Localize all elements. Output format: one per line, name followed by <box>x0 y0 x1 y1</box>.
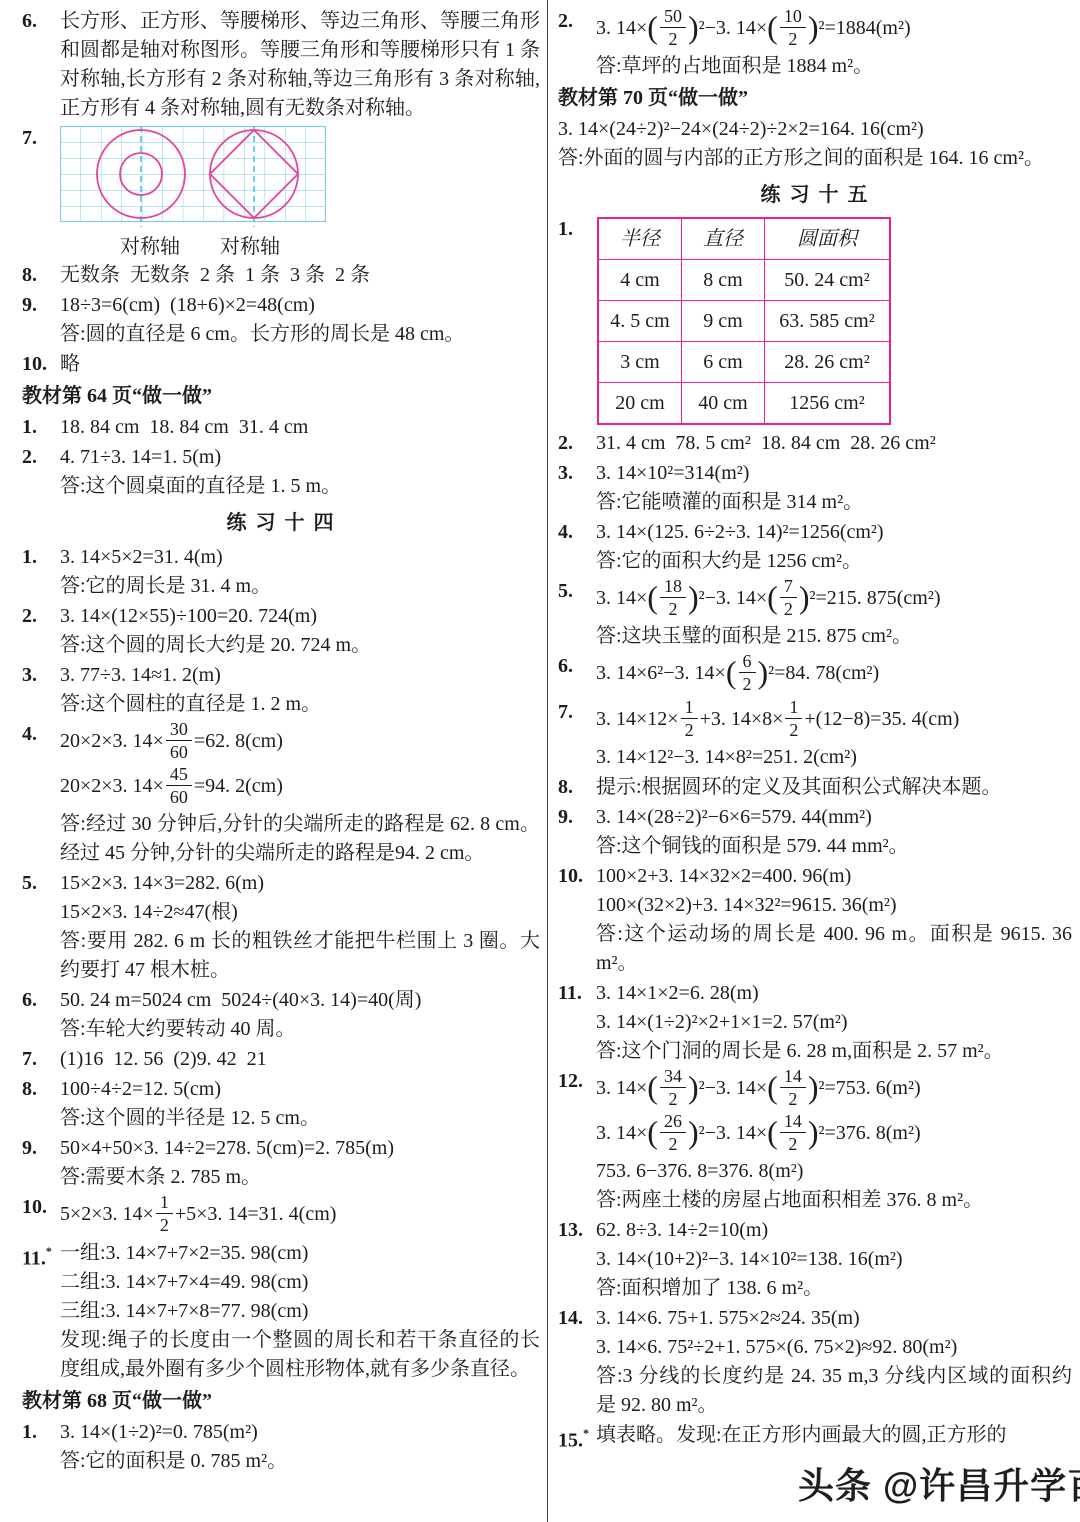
text-line: 20×2×3. 14×4560=94. 2(cm) <box>60 765 540 810</box>
text-line: 3. 14×(28÷2)²−6×6=579. 44(mm²) <box>596 803 1072 832</box>
text-line: 填表略。发现:在正方形内画最大的圆,正方形的 <box>596 1421 1072 1450</box>
item-number: 5. <box>22 869 60 985</box>
subsection-heading: 教材第 70 页“做一做” <box>558 83 1072 113</box>
item-number: 6. <box>558 652 596 697</box>
item-content: 长方形、正方形、等腰梯形、等边三角形、等腰三角形和圆都是轴对称图形。等腰三角形和… <box>60 7 540 123</box>
table-header-cell: 圆面积 <box>765 219 890 260</box>
table-cell: 1256 cm² <box>765 383 890 424</box>
table-cell: 4. 5 cm <box>599 301 682 342</box>
item-content: 对称轴 对称轴 <box>60 124 540 260</box>
text-line: (1)16 12. 56 (2)9. 42 21 <box>60 1045 540 1074</box>
item-content: 一组:3. 14×7+7×2=35. 98(cm)二组:3. 14×7+7×4=… <box>60 1239 540 1384</box>
table-row: 3 cm6 cm28. 26 cm² <box>599 342 890 383</box>
item-number: 10. <box>558 862 596 978</box>
big-paren: ( <box>767 579 778 615</box>
grid-circles-figure <box>60 126 326 228</box>
subsection-heading: 教材第 68 页“做一做” <box>22 1386 540 1416</box>
item-content: 3. 14×6²−3. 14×(62)²=84. 78(cm²) <box>596 652 1072 697</box>
text-line: 3. 14×(12×55)÷100=20. 724(m) <box>60 602 540 631</box>
big-paren: ) <box>758 654 769 690</box>
answer-item: 13.62. 8÷3. 14÷2=10(m)3. 14×(10+2)²−3. 1… <box>558 1216 1072 1303</box>
fraction: 12 <box>785 696 802 741</box>
answer-item: 5.3. 14×(182)²−3. 14×(72)²=215. 875(cm²)… <box>558 577 1072 651</box>
item-number: 7. <box>558 698 596 772</box>
grid-background <box>61 127 326 222</box>
item-content: 无数条 无数条 2 条 1 条 3 条 2 条 <box>60 261 540 290</box>
star-marker: * <box>583 1426 589 1440</box>
answer-item: 4.20×2×3. 14×3060=62. 8(cm)20×2×3. 14×45… <box>22 720 540 868</box>
answer-item: 4.3. 14×(125. 6÷2÷3. 14)²=1256(cm²)答:它的面… <box>558 518 1072 576</box>
item-number: 9. <box>22 291 60 349</box>
circle-area-table: 半径直径圆面积4 cm8 cm50. 24 cm²4. 5 cm9 cm63. … <box>598 218 890 424</box>
table-row: 4. 5 cm9 cm63. 585 cm² <box>599 301 890 342</box>
table-row: 20 cm40 cm1256 cm² <box>599 383 890 424</box>
answer-item: 1.3. 14×(1÷2)²=0. 785(m²)答:它的面积是 0. 785 … <box>22 1418 540 1476</box>
text-line: 3. 14×1×2=6. 28(m) <box>596 979 1072 1008</box>
answer-item: 10.略 <box>22 350 540 379</box>
item-content: 3. 14×(342)²−3. 14×(142)²=753. 6(m²)3. 1… <box>596 1067 1072 1215</box>
table-cell: 8 cm <box>682 260 765 301</box>
text-line: 答:它的面积大约是 1256 cm²。 <box>596 547 1072 576</box>
item-content: 20×2×3. 14×3060=62. 8(cm)20×2×3. 14×4560… <box>60 720 540 868</box>
item-number: 7. <box>22 1045 60 1074</box>
item-content: 50×4+50×3. 14÷2=278. 5(cm)=2. 785(m)答:需要… <box>60 1134 540 1192</box>
answer-item: 10.100×2+3. 14×32×2=400. 96(m)100×(32×2)… <box>558 862 1072 978</box>
text-line: 3. 14×(1÷2)²=0. 785(m²) <box>60 1418 540 1447</box>
text-line: 31. 4 cm 78. 5 cm² 18. 84 cm 28. 26 cm² <box>596 429 1072 458</box>
left-column: 6.长方形、正方形、等腰梯形、等边三角形、等腰三角形和圆都是轴对称图形。等腰三角… <box>22 6 540 1477</box>
text-line: 答:它能喷灌的面积是 314 m²。 <box>596 488 1072 517</box>
item-content: 31. 4 cm 78. 5 cm² 18. 84 cm 28. 26 cm² <box>596 429 1072 458</box>
text-line: 三组:3. 14×7+7×8=77. 98(cm) <box>60 1297 540 1326</box>
big-paren: ( <box>647 1114 658 1150</box>
text-line: 3. 14×(1÷2)²×2+1×1=2. 57(m²) <box>596 1008 1072 1037</box>
fraction: 102 <box>780 5 806 50</box>
item-number: 2. <box>22 443 60 501</box>
fraction: 3060 <box>166 718 192 763</box>
big-paren: ( <box>767 1069 778 1105</box>
item-content: 3. 14×(24÷2)²−24×(24÷2)÷2×2=164. 16(cm²)… <box>558 115 1072 173</box>
answer-item: 2.3. 14×(502)²−3. 14×(102)²=1884(m²)答:草坪… <box>558 7 1072 81</box>
fraction: 182 <box>660 575 686 620</box>
table-cell: 63. 585 cm² <box>765 301 890 342</box>
big-paren: ( <box>647 1069 658 1105</box>
text-line: 答:车轮大约要转动 40 周。 <box>60 1015 540 1044</box>
item-number: 14. <box>558 1304 596 1420</box>
text-line: 3. 14×(502)²−3. 14×(102)²=1884(m²) <box>596 7 1072 52</box>
text-line: 3. 14×10²=314(m²) <box>596 459 1072 488</box>
axis-label-left: 对称轴 <box>120 234 180 260</box>
big-paren: ) <box>799 579 810 615</box>
figure-labels: 对称轴 对称轴 <box>60 234 540 260</box>
right-column: 2.3. 14×(502)²−3. 14×(102)²=1884(m²)答:草坪… <box>558 6 1072 1457</box>
big-paren: ( <box>767 9 778 45</box>
answer-item: 6.长方形、正方形、等腰梯形、等边三角形、等腰三角形和圆都是轴对称图形。等腰三角… <box>22 7 540 123</box>
table-row: 4 cm8 cm50. 24 cm² <box>599 260 890 301</box>
fraction: 142 <box>780 1110 806 1155</box>
answer-item: 12.3. 14×(342)²−3. 14×(142)²=753. 6(m²)3… <box>558 1067 1072 1215</box>
text-line: 答:这个圆的半径是 12. 5 cm。 <box>60 1104 540 1133</box>
item-number: 1. <box>22 543 60 601</box>
answer-item: 8.无数条 无数条 2 条 1 条 3 条 2 条 <box>22 261 540 290</box>
table-cell: 6 cm <box>682 342 765 383</box>
text-line: 3. 14×6. 75+1. 575×2≈24. 35(m) <box>596 1304 1072 1333</box>
text-line: 答:外面的圆与内部的正方形之间的面积是 164. 16 cm²。 <box>558 144 1072 173</box>
watermark: 头条 @许昌升学百科 <box>798 1458 1080 1509</box>
text-line: 3. 14×(24÷2)²−24×(24÷2)÷2×2=164. 16(cm²) <box>558 115 1072 144</box>
item-number: 6. <box>22 986 60 1044</box>
text-line: 答:这个圆的周长大约是 20. 724 m。 <box>60 631 540 660</box>
item-content: 3. 14×5×2=31. 4(m)答:它的周长是 31. 4 m。 <box>60 543 540 601</box>
answer-item: 11.*一组:3. 14×7+7×2=35. 98(cm)二组:3. 14×7+… <box>22 1239 540 1384</box>
table-cell: 40 cm <box>682 383 765 424</box>
item-number: 3. <box>22 661 60 719</box>
text-line: 3. 14×12²−3. 14×8²=251. 2(cm²) <box>596 743 1072 772</box>
subsection-heading: 教材第 64 页“做一做” <box>22 381 540 411</box>
answer-item: 2.3. 14×(12×55)÷100=20. 724(m)答:这个圆的周长大约… <box>22 602 540 660</box>
text-line: 50×4+50×3. 14÷2=278. 5(cm)=2. 785(m) <box>60 1134 540 1163</box>
text-line: 3. 14×(182)²−3. 14×(72)²=215. 875(cm²) <box>596 577 1072 622</box>
item-content: 15×2×3. 14×3=282. 6(m)15×2×3. 14÷2≈47(根)… <box>60 869 540 985</box>
text-line: 答:面积增加了 138. 6 m²。 <box>596 1274 1072 1303</box>
item-content: 62. 8÷3. 14÷2=10(m)3. 14×(10+2)²−3. 14×1… <box>596 1216 1072 1303</box>
item-content: 3. 14×(182)²−3. 14×(72)²=215. 875(cm²)答:… <box>596 577 1072 651</box>
item-content: 3. 14×12×12+3. 14×8×12+(12−8)=35. 4(cm)3… <box>596 698 1072 772</box>
big-paren: ) <box>808 1114 819 1150</box>
item-content: 3. 14×(28÷2)²−6×6=579. 44(mm²)答:这个铜钱的面积是… <box>596 803 1072 861</box>
item-number: 9. <box>558 803 596 861</box>
fraction: 142 <box>780 1065 806 1110</box>
text-line: 提示:根据圆环的定义及其面积公式解决本题。 <box>596 773 1072 802</box>
item-content: 3. 14×10²=314(m²)答:它能喷灌的面积是 314 m²。 <box>596 459 1072 517</box>
text-line: 18. 84 cm 18. 84 cm 31. 4 cm <box>60 413 540 442</box>
big-paren: ( <box>726 654 737 690</box>
fraction: 262 <box>660 1110 686 1155</box>
big-paren: ) <box>688 1069 699 1105</box>
item-content: 18÷3=6(cm) (18+6)×2=48(cm)答:圆的直径是 6 cm。长… <box>60 291 540 349</box>
item-number: 5. <box>558 577 596 651</box>
item-content: 提示:根据圆环的定义及其面积公式解决本题。 <box>596 773 1072 802</box>
text-line: 3. 14×12×12+3. 14×8×12+(12−8)=35. 4(cm) <box>596 698 1072 743</box>
text-line: 100×2+3. 14×32×2=400. 96(m) <box>596 862 1072 891</box>
item-content: 100×2+3. 14×32×2=400. 96(m)100×(32×2)+3.… <box>596 862 1072 978</box>
fraction: 62 <box>739 650 756 695</box>
item-number: 12. <box>558 1067 596 1215</box>
answer-item: 11.3. 14×1×2=6. 28(m)3. 14×(1÷2)²×2+1×1=… <box>558 979 1072 1066</box>
answer-item: 6.50. 24 m=5024 cm 5024÷(40×3. 14)=40(周)… <box>22 986 540 1044</box>
big-paren: ) <box>808 9 819 45</box>
item-content: 4. 71÷3. 14=1. 5(m)答:这个圆桌面的直径是 1. 5 m。 <box>60 443 540 501</box>
answer-item: 2.31. 4 cm 78. 5 cm² 18. 84 cm 28. 26 cm… <box>558 429 1072 458</box>
text-line: 答:这个铜钱的面积是 579. 44 mm²。 <box>596 832 1072 861</box>
answer-item: 9.50×4+50×3. 14÷2=278. 5(cm)=2. 785(m)答:… <box>22 1134 540 1192</box>
text-line: 62. 8÷3. 14÷2=10(m) <box>596 1216 1072 1245</box>
answer-item: 7.3. 14×12×12+3. 14×8×12+(12−8)=35. 4(cm… <box>558 698 1072 772</box>
answer-item: 14.3. 14×6. 75+1. 575×2≈24. 35(m)3. 14×6… <box>558 1304 1072 1420</box>
fraction: 4560 <box>166 763 192 808</box>
item-content: 18. 84 cm 18. 84 cm 31. 4 cm <box>60 413 540 442</box>
table-cell: 50. 24 cm² <box>765 260 890 301</box>
item-content: 填表略。发现:在正方形内画最大的圆,正方形的 <box>596 1421 1072 1456</box>
item-number: 8. <box>22 1075 60 1133</box>
text-line: 15×2×3. 14÷2≈47(根) <box>60 898 540 927</box>
table-header-cell: 半径 <box>599 219 682 260</box>
text-line: 5×2×3. 14×12+5×3. 14=31. 4(cm) <box>60 1193 540 1238</box>
text-line: 答:它的周长是 31. 4 m。 <box>60 572 540 601</box>
item-number: 4. <box>558 518 596 576</box>
table-cell: 3 cm <box>599 342 682 383</box>
fraction: 502 <box>660 5 686 50</box>
symmetry-figure: 对称轴 对称轴 <box>60 124 540 260</box>
item-content: 3. 14×(12×55)÷100=20. 724(m)答:这个圆的周长大约是 … <box>60 602 540 660</box>
text-line: 753. 6−376. 8=376. 8(m²) <box>596 1157 1072 1186</box>
text-line: 发现:绳子的长度由一个整圆的周长和若干条直径的长度组成,最外圈有多少个圆柱形物体… <box>60 1326 540 1384</box>
text-line: 答:这个圆桌面的直径是 1. 5 m。 <box>60 472 540 501</box>
big-paren: ( <box>647 579 658 615</box>
item-number: 4. <box>22 720 60 868</box>
item-content: 略 <box>60 350 540 379</box>
text-line: 3. 77÷3. 14≈1. 2(m) <box>60 661 540 690</box>
table-header-cell: 直径 <box>682 219 765 260</box>
text-line: 答:这块玉璧的面积是 215. 875 cm²。 <box>596 622 1072 651</box>
text-line: 略 <box>60 350 540 379</box>
text-line: 20×2×3. 14×3060=62. 8(cm) <box>60 720 540 765</box>
text-line: 答:需要木条 2. 785 m。 <box>60 1163 540 1192</box>
text-line: 100×(32×2)+3. 14×32²=9615. 36(m²) <box>596 891 1072 920</box>
text-line: 无数条 无数条 2 条 1 条 3 条 2 条 <box>60 261 540 290</box>
answer-paragraph: 3. 14×(24÷2)²−24×(24÷2)÷2×2=164. 16(cm²)… <box>558 115 1072 173</box>
text-line: 3. 14×(125. 6÷2÷3. 14)²=1256(cm²) <box>596 518 1072 547</box>
item-number: 13. <box>558 1216 596 1303</box>
fraction: 342 <box>660 1065 686 1110</box>
item-number: 10. <box>22 350 60 379</box>
item-number: 3. <box>558 459 596 517</box>
item-content: 100÷4÷2=12. 5(cm)答:这个圆的半径是 12. 5 cm。 <box>60 1075 540 1133</box>
item-number: 8. <box>558 773 596 802</box>
text-line: 3. 14×6²−3. 14×(62)²=84. 78(cm²) <box>596 652 1072 697</box>
text-line: 答:圆的直径是 6 cm。长方形的周长是 48 cm。 <box>60 320 540 349</box>
item-content: 5×2×3. 14×12+5×3. 14=31. 4(cm) <box>60 1193 540 1238</box>
text-line: 4. 71÷3. 14=1. 5(m) <box>60 443 540 472</box>
big-paren: ) <box>688 1114 699 1150</box>
text-line: 答:3 分线的长度约是 24. 35 m,3 分线内区域的面积约是 92. 80… <box>596 1362 1072 1420</box>
item-number: 1. <box>22 1418 60 1476</box>
item-number: 8. <box>22 261 60 290</box>
table-header-row: 半径直径圆面积 <box>599 219 890 260</box>
text-line: 3. 14×(10+2)²−3. 14×10²=138. 16(m²) <box>596 1245 1072 1274</box>
text-line: 答:它的面积是 0. 785 m²。 <box>60 1447 540 1476</box>
text-line: 答:这个圆柱的直径是 1. 2 m。 <box>60 690 540 719</box>
fraction: 12 <box>681 696 698 741</box>
item-content: 3. 77÷3. 14≈1. 2(m)答:这个圆柱的直径是 1. 2 m。 <box>60 661 540 719</box>
text-line: 一组:3. 14×7+7×2=35. 98(cm) <box>60 1239 540 1268</box>
text-line: 答:要用 282. 6 m 长的粗铁丝才能把牛栏围上 3 圈。大约要打 47 根… <box>60 927 540 985</box>
item-content: 50. 24 m=5024 cm 5024÷(40×3. 14)=40(周)答:… <box>60 986 540 1044</box>
answer-item: 10.5×2×3. 14×12+5×3. 14=31. 4(cm) <box>22 1193 540 1238</box>
text-line: 答:这个运动场的周长是 400. 96 m。面积是 9615. 36 m²。 <box>596 920 1072 978</box>
text-line: 答:草坪的占地面积是 1884 m²。 <box>596 52 1072 81</box>
answer-item: 7. 对称轴 对称轴 <box>22 124 540 260</box>
item-number: 9. <box>22 1134 60 1192</box>
big-paren: ) <box>688 9 699 45</box>
text-line: 15×2×3. 14×3=282. 6(m) <box>60 869 540 898</box>
item-number: 2. <box>558 429 596 458</box>
item-number: 11.* <box>22 1239 60 1384</box>
item-content: (1)16 12. 56 (2)9. 42 21 <box>60 1045 540 1074</box>
text-line: 长方形、正方形、等腰梯形、等边三角形、等腰三角形和圆都是轴对称图形。等腰三角形和… <box>60 7 540 123</box>
item-number: 2. <box>558 7 596 81</box>
item-content: 3. 14×(1÷2)²=0. 785(m²)答:它的面积是 0. 785 m²… <box>60 1418 540 1476</box>
answer-item: 1.3. 14×5×2=31. 4(m)答:它的周长是 31. 4 m。 <box>22 543 540 601</box>
text-line: 答:两座土楼的房屋占地面积相差 376. 8 m²。 <box>596 1186 1072 1215</box>
item-content: 3. 14×(125. 6÷2÷3. 14)²=1256(cm²)答:它的面积大… <box>596 518 1072 576</box>
text-line: 3. 14×(342)²−3. 14×(142)²=753. 6(m²) <box>596 1067 1072 1112</box>
big-paren: ) <box>688 579 699 615</box>
big-paren: ) <box>808 1069 819 1105</box>
answer-item: 8.100÷4÷2=12. 5(cm)答:这个圆的半径是 12. 5 cm。 <box>22 1075 540 1133</box>
big-paren: ( <box>767 1114 778 1150</box>
answer-key-page: 6.长方形、正方形、等腰梯形、等边三角形、等腰三角形和圆都是轴对称图形。等腰三角… <box>0 0 1080 1522</box>
item-number: 15.* <box>558 1421 596 1456</box>
text-line: 答:这个门洞的周长是 6. 28 m,面积是 2. 57 m²。 <box>596 1037 1072 1066</box>
fraction: 12 <box>156 1191 173 1236</box>
item-number: 1. <box>22 413 60 442</box>
fraction: 72 <box>780 575 797 620</box>
item-content: 3. 14×1×2=6. 28(m)3. 14×(1÷2)²×2+1×1=2. … <box>596 979 1072 1066</box>
answer-item: 2.4. 71÷3. 14=1. 5(m)答:这个圆桌面的直径是 1. 5 m。 <box>22 443 540 501</box>
item-content: 3. 14×6. 75+1. 575×2≈24. 35(m)3. 14×6. 7… <box>596 1304 1072 1420</box>
item-content: 3. 14×(502)²−3. 14×(102)²=1884(m²)答:草坪的占… <box>596 7 1072 81</box>
item-content: 半径直径圆面积4 cm8 cm50. 24 cm²4. 5 cm9 cm63. … <box>596 215 1072 428</box>
answer-item: 7.(1)16 12. 56 (2)9. 42 21 <box>22 1045 540 1074</box>
item-number: 10. <box>22 1193 60 1238</box>
answer-item: 8.提示:根据圆环的定义及其面积公式解决本题。 <box>558 773 1072 802</box>
answer-item: 6.3. 14×6²−3. 14×(62)²=84. 78(cm²) <box>558 652 1072 697</box>
item-number: 11. <box>558 979 596 1066</box>
answer-item: 3.3. 14×10²=314(m²)答:它能喷灌的面积是 314 m²。 <box>558 459 1072 517</box>
answer-item: 9.3. 14×(28÷2)²−6×6=579. 44(mm²)答:这个铜钱的面… <box>558 803 1072 861</box>
section-title: 练 习 十 五 <box>558 179 1072 211</box>
text-line: 18÷3=6(cm) (18+6)×2=48(cm) <box>60 291 540 320</box>
table-cell: 9 cm <box>682 301 765 342</box>
axis-label-right: 对称轴 <box>220 234 280 260</box>
section-title: 练 习 十 四 <box>22 507 540 539</box>
item-number: 1. <box>558 215 596 428</box>
text-line: 100÷4÷2=12. 5(cm) <box>60 1075 540 1104</box>
text-line: 3. 14×(262)²−3. 14×(142)²=376. 8(m²) <box>596 1112 1072 1157</box>
text-line: 答:经过 30 分钟后,分针的尖端所走的路程是 62. 8 cm。经过 45 分… <box>60 810 540 868</box>
star-marker: * <box>46 1244 52 1258</box>
answer-item: 1.18. 84 cm 18. 84 cm 31. 4 cm <box>22 413 540 442</box>
table-cell: 20 cm <box>599 383 682 424</box>
answer-item: 15.*填表略。发现:在正方形内画最大的圆,正方形的 <box>558 1421 1072 1456</box>
text-line: 3. 14×5×2=31. 4(m) <box>60 543 540 572</box>
text-line: 二组:3. 14×7+7×4=49. 98(cm) <box>60 1268 540 1297</box>
answer-item: 9.18÷3=6(cm) (18+6)×2=48(cm)答:圆的直径是 6 cm… <box>22 291 540 349</box>
answer-item: 5.15×2×3. 14×3=282. 6(m)15×2×3. 14÷2≈47(… <box>22 869 540 985</box>
text-line: 50. 24 m=5024 cm 5024÷(40×3. 14)=40(周) <box>60 986 540 1015</box>
item-number: 2. <box>22 602 60 660</box>
table-cell: 4 cm <box>599 260 682 301</box>
item-number: 7. <box>22 124 60 260</box>
answer-item: 1.半径直径圆面积4 cm8 cm50. 24 cm²4. 5 cm9 cm63… <box>558 215 1072 428</box>
answer-item: 3.3. 77÷3. 14≈1. 2(m)答:这个圆柱的直径是 1. 2 m。 <box>22 661 540 719</box>
text-line: 3. 14×6. 75²÷2+1. 575×(6. 75×2)≈92. 80(m… <box>596 1333 1072 1362</box>
table-cell: 28. 26 cm² <box>765 342 890 383</box>
big-paren: ( <box>647 9 658 45</box>
item-number: 6. <box>22 7 60 123</box>
column-divider <box>547 0 548 1522</box>
